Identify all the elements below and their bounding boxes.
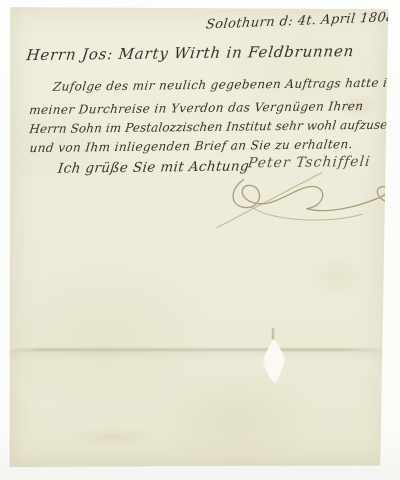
body-line: Herrn Sohn im Pestalozzischen Institut s… (29, 117, 400, 136)
signature-flourish (210, 162, 399, 238)
body-line: und von Ihm inliegenden Brief an Sie zu … (29, 137, 354, 155)
letter-text-block: Solothurn d: 4t. April 1808 Herrn Jos: M… (8, 4, 395, 470)
body-line: Zufolge des mir neulich gegebenen Auftra… (52, 75, 400, 94)
body-line: meiner Durchreise in Yverdon das Vergnüg… (28, 99, 364, 117)
dateline: Solothurn d: 4t. April 1808 (205, 10, 396, 33)
fold-crease (10, 348, 386, 351)
letter-sheet: Solothurn d: 4t. April 1808 Herrn Jos: M… (8, 6, 389, 467)
repair-patch-mark (272, 328, 274, 340)
salutation-line: Herrn Jos: Marty Wirth in Feldbrunnen (26, 42, 356, 64)
fold-shading (8, 350, 389, 360)
